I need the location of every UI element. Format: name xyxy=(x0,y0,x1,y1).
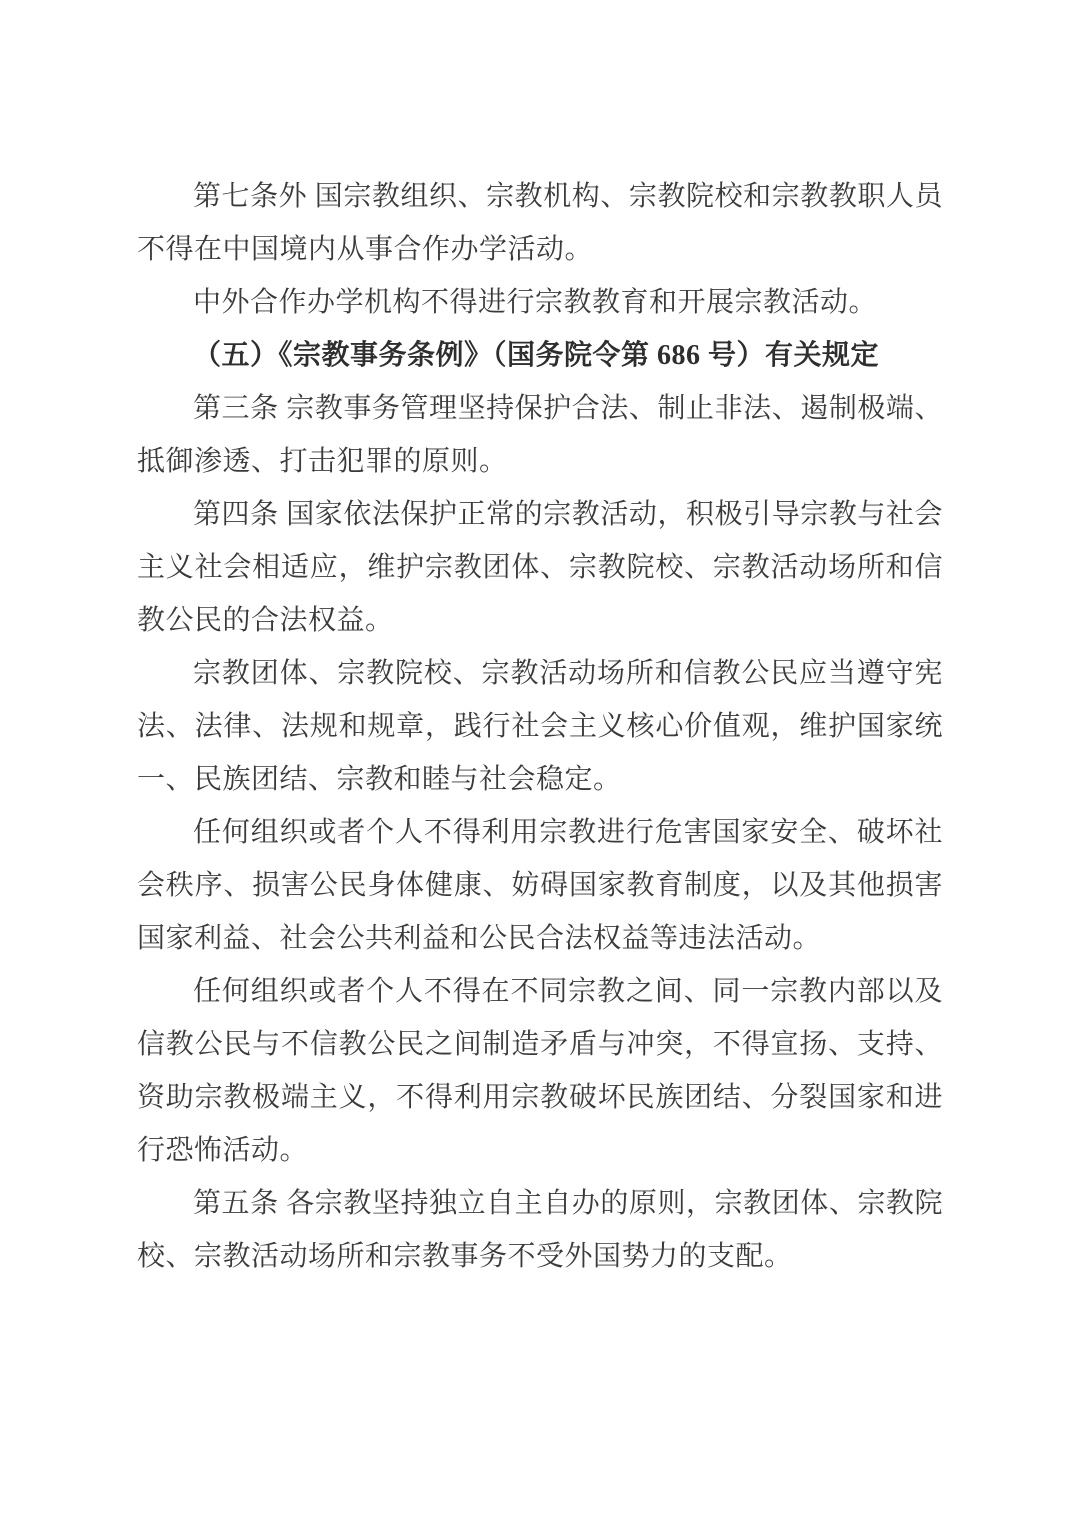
document-page: 第七条外 国宗教组织、宗教机构、宗教院校和宗教教职人员不得在中国境内从事合作办学… xyxy=(0,0,1074,1520)
paragraph-sino-foreign-schools: 中外合作办学机构不得进行宗教教育和开展宗教活动。 xyxy=(137,276,943,329)
paragraph-article-4-prohibited-activities: 任何组织或者个人不得利用宗教进行危害国家安全、破坏社会秩序、损害公民身体健康、妨… xyxy=(137,806,943,965)
paragraph-article-7-foreign-orgs: 第七条外 国宗教组织、宗教机构、宗教院校和宗教教职人员不得在中国境内从事合作办学… xyxy=(137,170,943,276)
paragraph-article-5-independence: 第五条 各宗教坚持独立自主自办的原则，宗教团体、宗教院校、宗教活动场所和宗教事务… xyxy=(137,1177,943,1283)
paragraph-article-4-obligations: 宗教团体、宗教院校、宗教活动场所和信教公民应当遵守宪法、法律、法规和规章，践行社… xyxy=(137,647,943,806)
document-body: 第七条外 国宗教组织、宗教机构、宗教院校和宗教教职人员不得在中国境内从事合作办学… xyxy=(137,170,943,1283)
paragraph-article-4-protection: 第四条 国家依法保护正常的宗教活动，积极引导宗教与社会主义社会相适应，维护宗教团… xyxy=(137,488,943,647)
paragraph-article-4-no-conflicts: 任何组织或者个人不得在不同宗教之间、同一宗教内部以及信教公民与不信教公民之间制造… xyxy=(137,965,943,1177)
paragraph-article-3-principles: 第三条 宗教事务管理坚持保护合法、制止非法、遏制极端、抵御渗透、打击犯罪的原则。 xyxy=(137,382,943,488)
heading-section-5-religious-affairs-regulations: （五）《宗教事务条例》（国务院令第 686 号）有关规定 xyxy=(137,329,943,382)
